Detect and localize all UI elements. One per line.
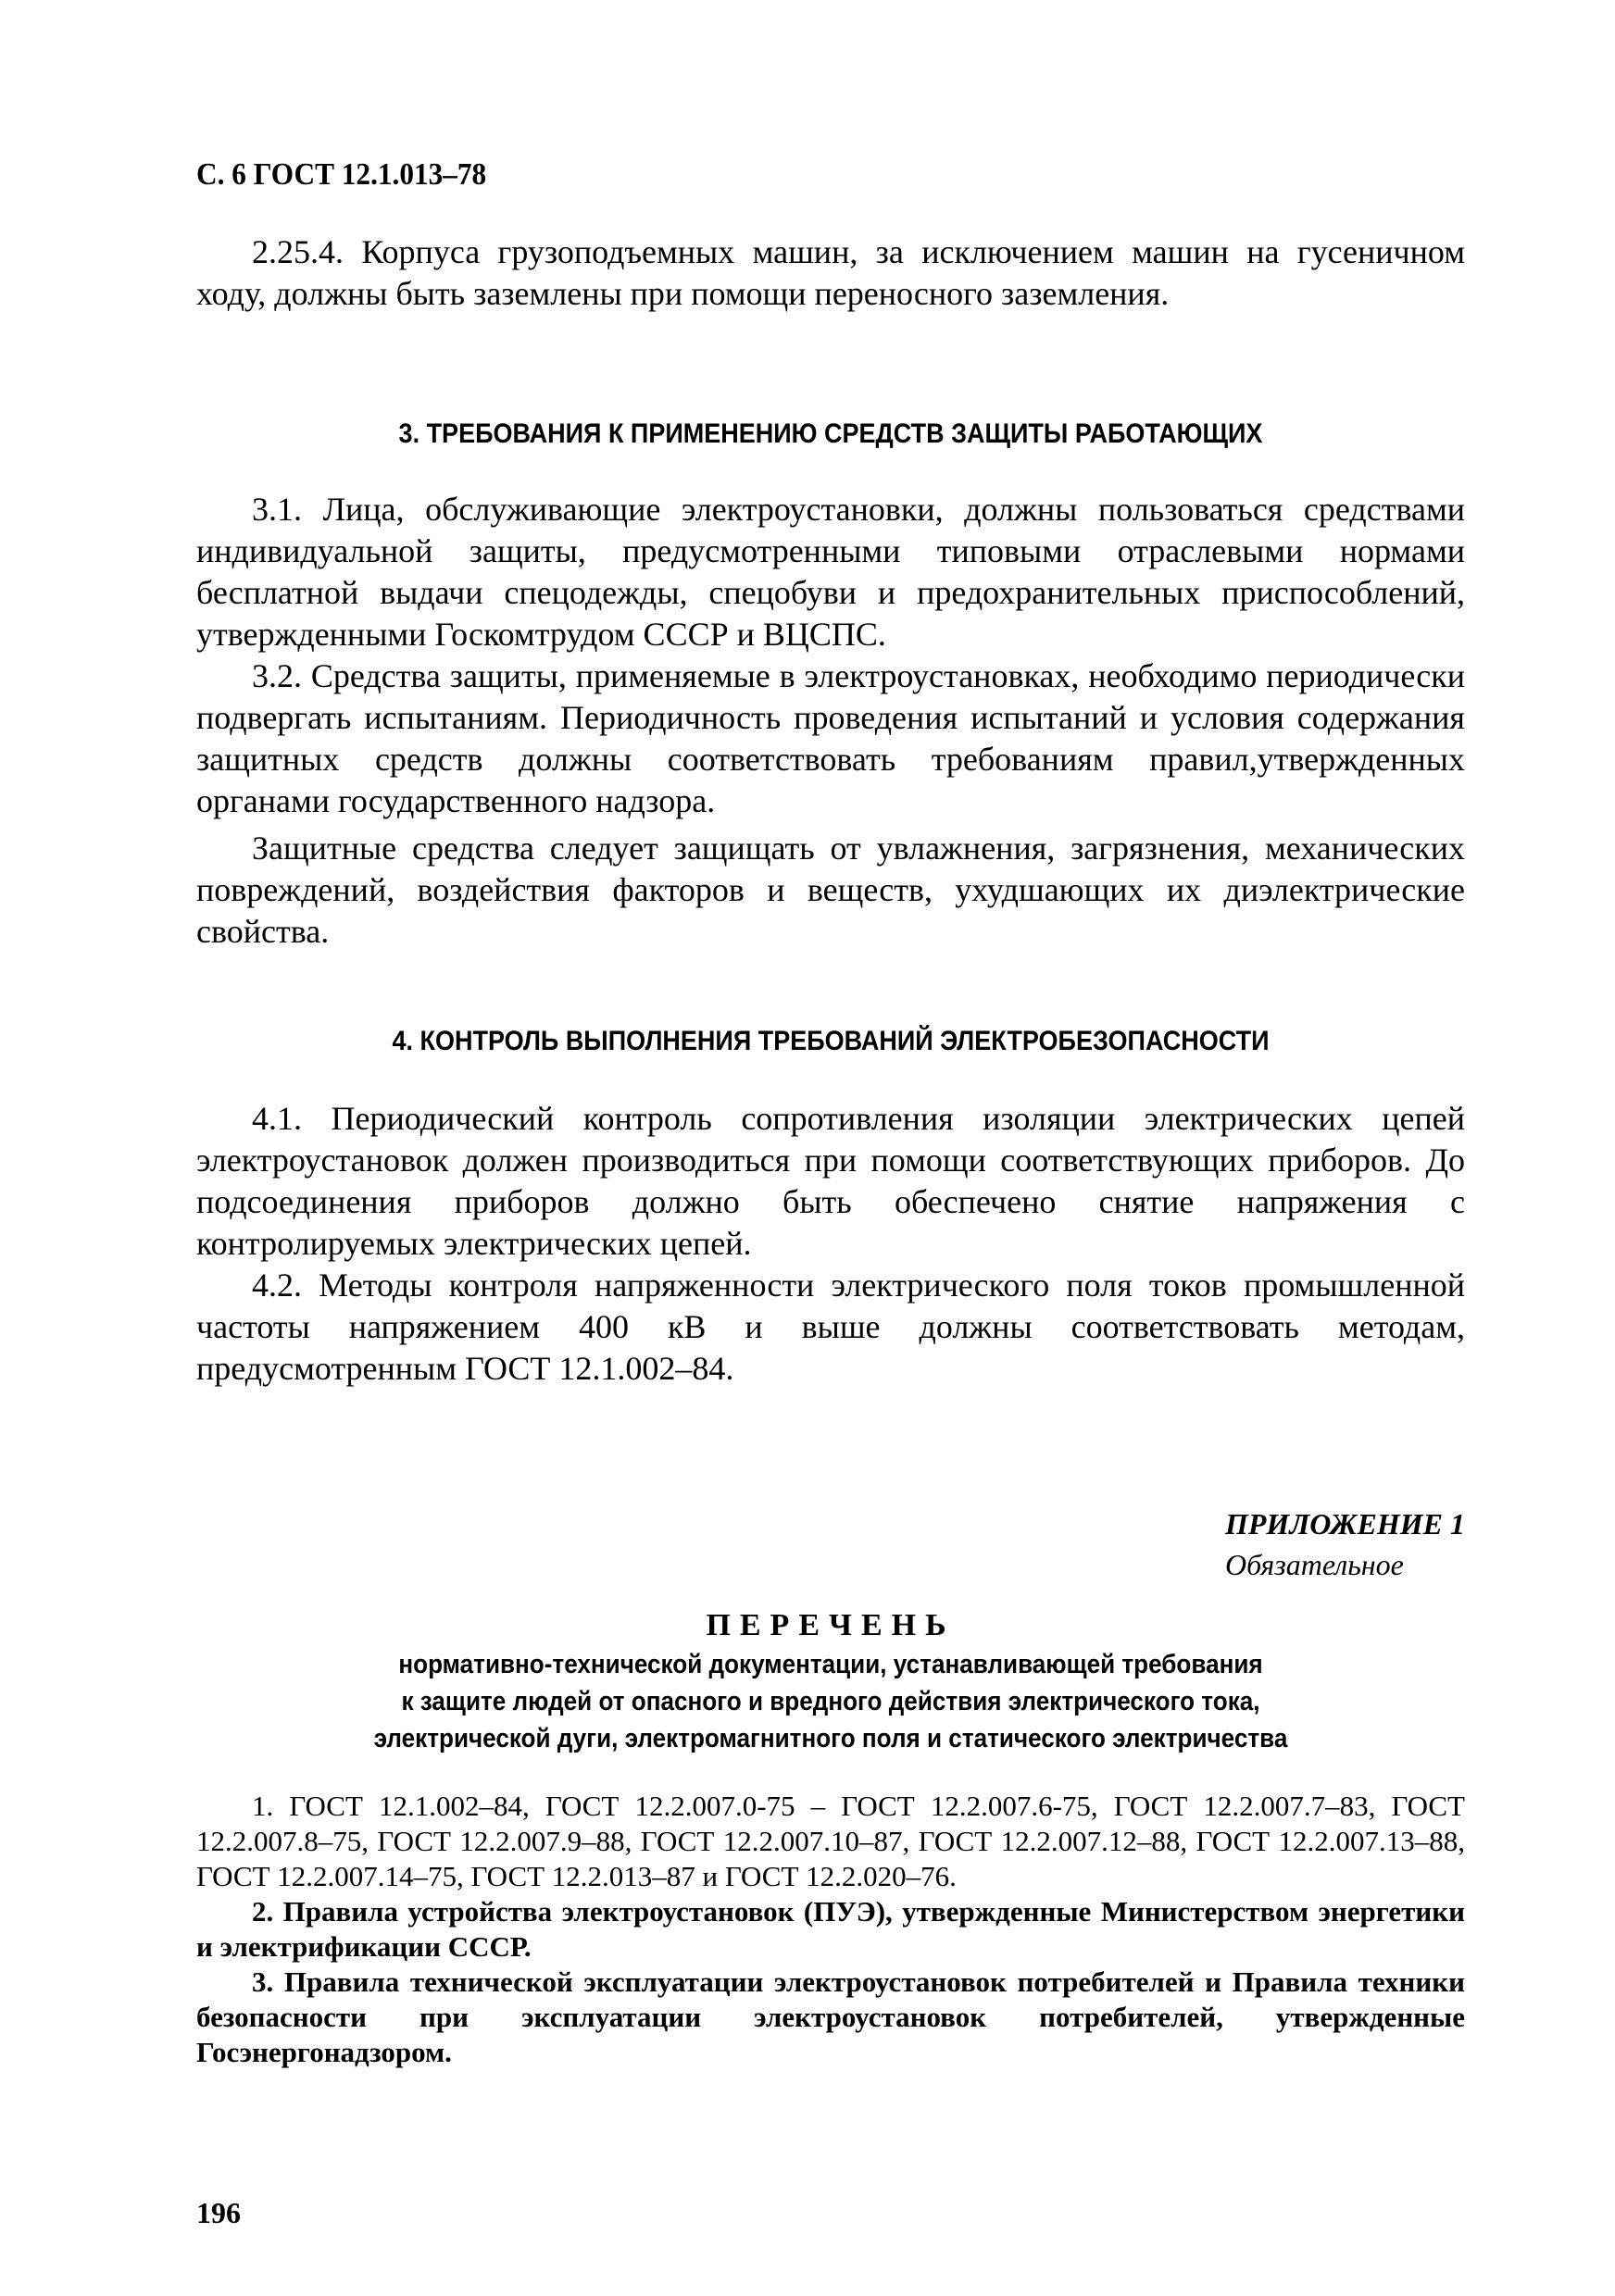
list-title-block: ПЕРЕЧЕНЬ нормативно-технической документ… [196,1605,1465,1757]
section-3-heading: 3. ТРЕБОВАНИЯ К ПРИМЕНЕНИЮ СРЕДСТВ ЗАЩИТ… [260,418,1402,450]
list-subtitle-line-3: электрической дуги, электромагнитного по… [260,1720,1402,1757]
list-title: ПЕРЕЧЕНЬ [196,1605,1465,1646]
section-3-body: 3.1. Лица, обслуживающие электроустановк… [196,489,1465,953]
paragraph-2-25-4: 2.25.4. Корпуса грузоподъемных машин, за… [196,231,1465,315]
document-page: С. 6 ГОСТ 12.1.013–78 2.25.4. Корпуса гр… [0,0,1615,2296]
paragraph-4-2: 4.2. Методы контроля напряженности элект… [196,1265,1465,1390]
annex-label: ПРИЛОЖЕНИЕ 1 Обязательное [1225,1504,1465,1585]
annex-status: Обязательное [1225,1544,1465,1585]
section-4-body: 4.1. Периодический контроль сопротивлени… [196,1098,1465,1390]
reference-item-1: 1. ГОСТ 12.1.002–84, ГОСТ 12.2.007.0-75 … [196,1789,1465,1894]
section-2-continuation: 2.25.4. Корпуса грузоподъемных машин, за… [196,231,1465,315]
running-head: С. 6 ГОСТ 12.1.013–78 [196,157,486,193]
annex-title: ПРИЛОЖЕНИЕ 1 [1225,1504,1465,1544]
reference-item-2: 2. Правила устройства электроустановок (… [196,1894,1465,1965]
reference-list: 1. ГОСТ 12.1.002–84, ГОСТ 12.2.007.0-75 … [196,1789,1465,2070]
paragraph-4-1: 4.1. Периодический контроль сопротивлени… [196,1098,1465,1265]
page-number: 196 [196,2196,241,2230]
reference-item-3: 3. Правила технической эксплуатации элек… [196,1965,1465,2070]
section-4-heading: 4. КОНТРОЛЬ ВЫПОЛНЕНИЯ ТРЕБОВАНИЙ ЭЛЕКТР… [260,1026,1402,1057]
paragraph-3-1: 3.1. Лица, обслуживающие электроустановк… [196,489,1465,655]
paragraph-3-2: 3.2. Средства защиты, применяемые в элек… [196,655,1465,822]
list-subtitle-line-1: нормативно-технической документации, уст… [260,1646,1402,1683]
list-subtitle-line-2: к защите людей от опасного и вредного де… [260,1683,1402,1720]
paragraph-protective-means: Защитные средства следует защищать от ув… [196,828,1465,953]
